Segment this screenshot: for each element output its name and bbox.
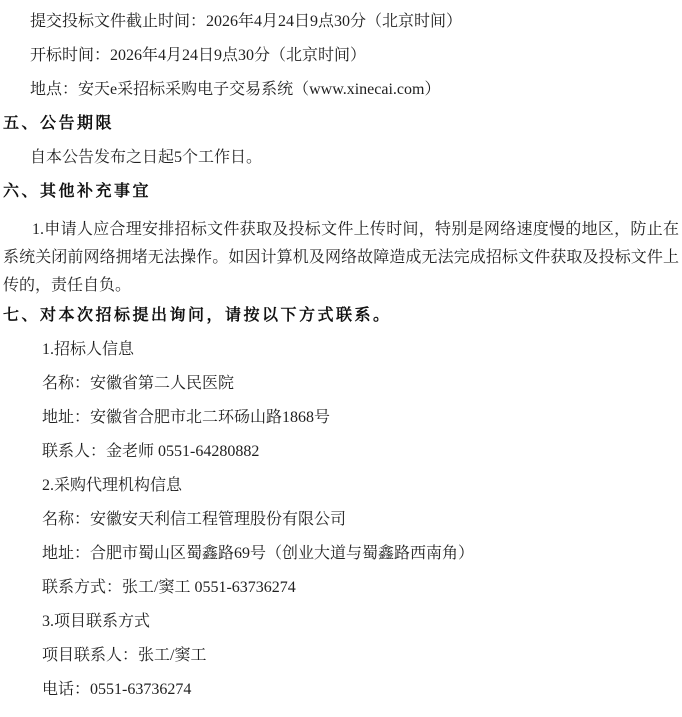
agency-name: 名称：安徽安天利信工程管理股份有限公司 — [3, 510, 679, 530]
tenderer-name: 名称：安徽省第二人民医院 — [3, 374, 679, 394]
supplementary-note-paragraph: 1.申请人应合理安排招标文件获取及投标文件上传时间，特别是网络速度慢的地区，防止… — [3, 216, 679, 300]
section-7-heading: 七、对本次招标提出询问，请按以下方式联系。 — [3, 306, 679, 326]
project-contact-person: 项目联系人：张工/窦工 — [3, 646, 679, 666]
section-5-heading: 五、公告期限 — [3, 114, 679, 134]
tenderer-address: 地址：安徽省合肥市北二环砀山路1868号 — [3, 408, 679, 428]
tenderer-info-title: 1.招标人信息 — [3, 340, 679, 360]
announcement-period-text: 自本公告发布之日起5个工作日。 — [3, 148, 679, 168]
section-6-heading: 六、其他补充事宜 — [3, 182, 679, 202]
agency-info-title: 2.采购代理机构信息 — [3, 476, 679, 496]
bid-opening-time: 开标时间：2026年4月24日9点30分（北京时间） — [3, 46, 679, 66]
agency-address: 地址：合肥市蜀山区蜀鑫路69号（创业大道与蜀鑫路西南角） — [3, 544, 679, 564]
project-phone: 电话：0551-63736274 — [3, 680, 679, 700]
bid-opening-location: 地点：安天e采招标采购电子交易系统（www.xinecai.com） — [3, 80, 679, 100]
agency-contact: 联系方式：张工/窦工 0551-63736274 — [3, 578, 679, 598]
tenderer-contact: 联系人：金老师 0551-64280882 — [3, 442, 679, 462]
bid-submission-deadline: 提交投标文件截止时间：2026年4月24日9点30分（北京时间） — [3, 12, 679, 32]
document-page: 提交投标文件截止时间：2026年4月24日9点30分（北京时间） 开标时间：20… — [0, 0, 682, 700]
project-contact-title: 3.项目联系方式 — [3, 612, 679, 632]
